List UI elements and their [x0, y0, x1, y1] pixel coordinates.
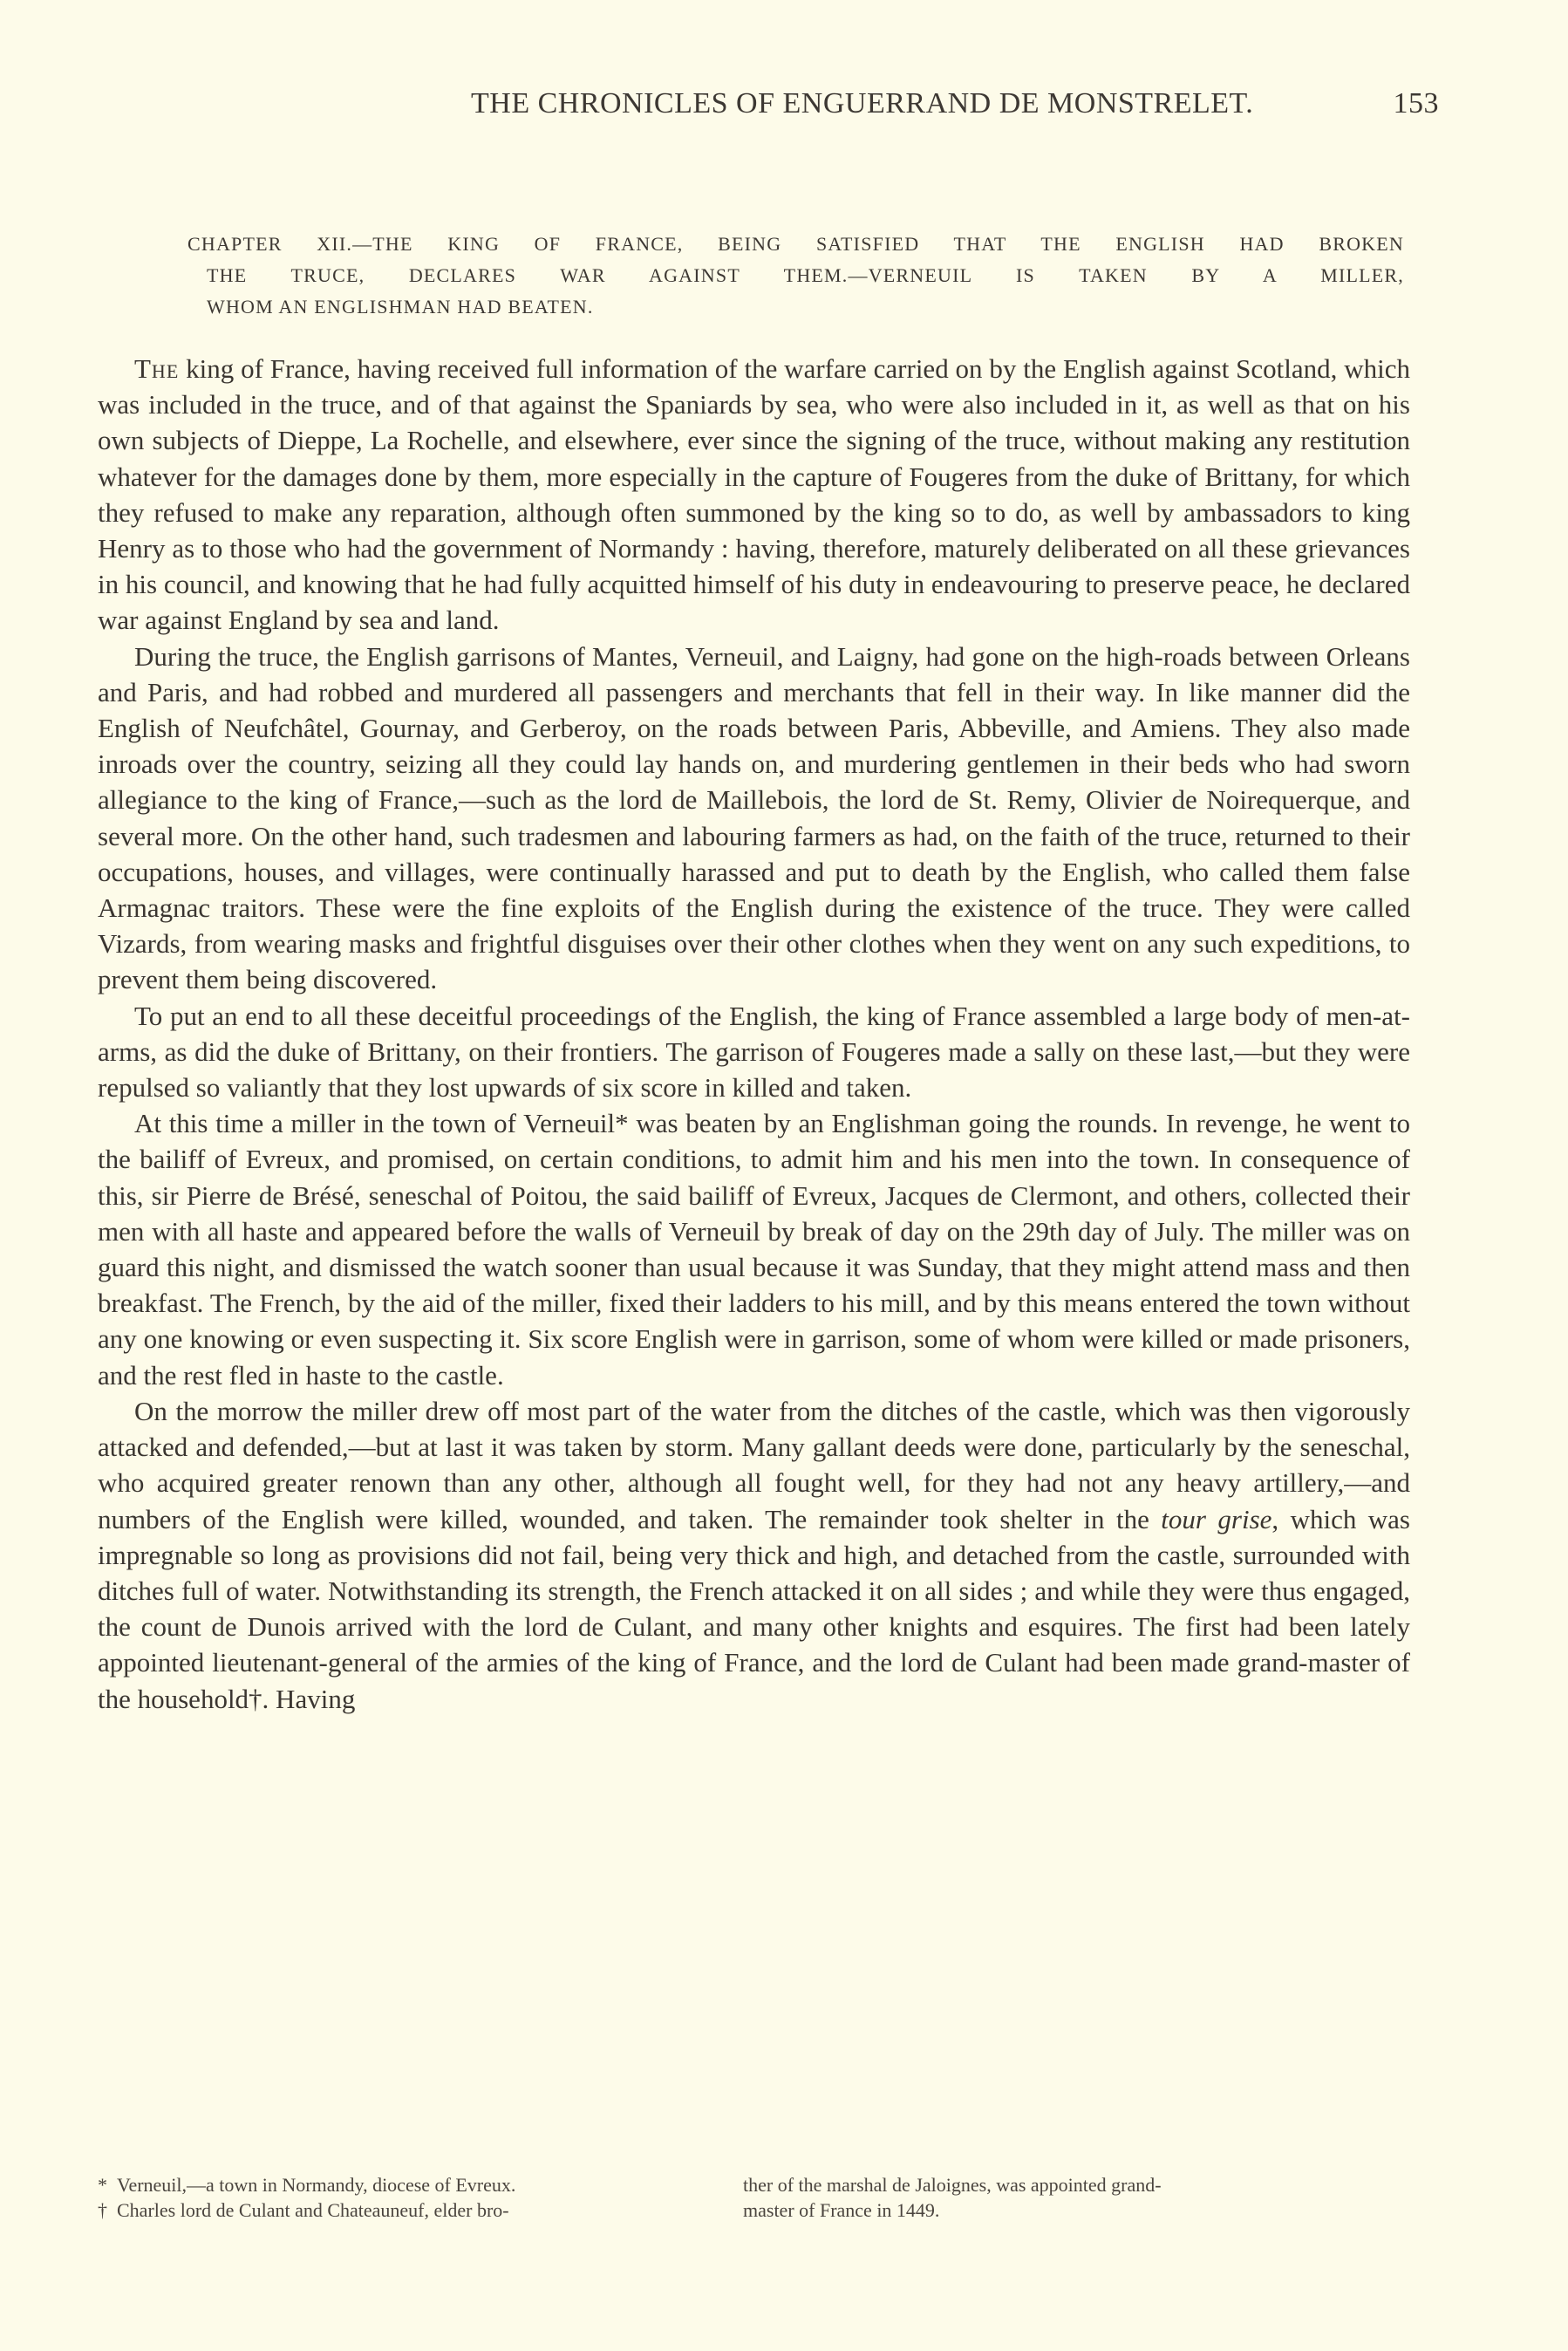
footnotes-left-column: *Verneuil,—a town in Normandy, diocese o…: [98, 2172, 727, 2223]
paragraph-1: The king of France, having received full…: [98, 351, 1410, 639]
dagger-mark: †: [98, 2197, 117, 2223]
chapter-heading-line-1: CHAPTER XII.—THE KING OF FRANCE, BEING S…: [187, 229, 1404, 260]
chapter-heading: CHAPTER XII.—THE KING OF FRANCE, BEING S…: [187, 229, 1404, 323]
footnotes: *Verneuil,—a town in Normandy, diocese o…: [98, 2172, 1410, 2223]
footnote-text: Charles lord de Culant and Chateauneuf, …: [117, 2199, 509, 2221]
paragraph-lead-word: The: [134, 353, 179, 384]
paragraph-2: During the truce, the English garrisons …: [98, 639, 1410, 998]
italic-term: tour grise: [1161, 1504, 1271, 1534]
paragraph-5-text-b: , which was impregnable so long as provi…: [98, 1504, 1410, 1714]
footnote-text: Verneuil,—a town in Normandy, diocese of…: [117, 2174, 515, 2196]
footnotes-right-column: ther of the marshal de Jaloignes, was ap…: [743, 2172, 1388, 2223]
footnote-asterisk: *Verneuil,—a town in Normandy, diocese o…: [117, 2172, 727, 2197]
asterisk-mark: *: [98, 2172, 117, 2197]
footnote-dagger: †Charles lord de Culant and Chateauneuf,…: [117, 2197, 727, 2223]
paragraph-5: On the morrow the miller drew off most p…: [98, 1393, 1410, 1717]
paragraph-3: To put an end to all these deceitful pro…: [98, 998, 1410, 1106]
book-page: THE CHRONICLES OF ENGUERRAND DE MONSTREL…: [0, 0, 1568, 2351]
running-head-title: THE CHRONICLES OF ENGUERRAND DE MONSTREL…: [471, 87, 1253, 120]
body-text: The king of France, having received full…: [98, 351, 1410, 1717]
footnote-continuation: master of France in 1449.: [743, 2197, 1388, 2223]
paragraph-4: At this time a miller in the town of Ver…: [98, 1105, 1410, 1393]
running-head: THE CHRONICLES OF ENGUERRAND DE MONSTREL…: [471, 87, 1439, 131]
paragraph-1-text: king of France, having received full inf…: [98, 353, 1410, 635]
chapter-heading-line-2: THE TRUCE, DECLARES WAR AGAINST THEM.—VE…: [187, 260, 1404, 291]
chapter-heading-line-3: WHOM AN ENGLISHMAN HAD BEATEN.: [187, 291, 1404, 323]
page-number: 153: [1394, 87, 1440, 120]
footnote-continuation: ther of the marshal de Jaloignes, was ap…: [743, 2172, 1388, 2197]
